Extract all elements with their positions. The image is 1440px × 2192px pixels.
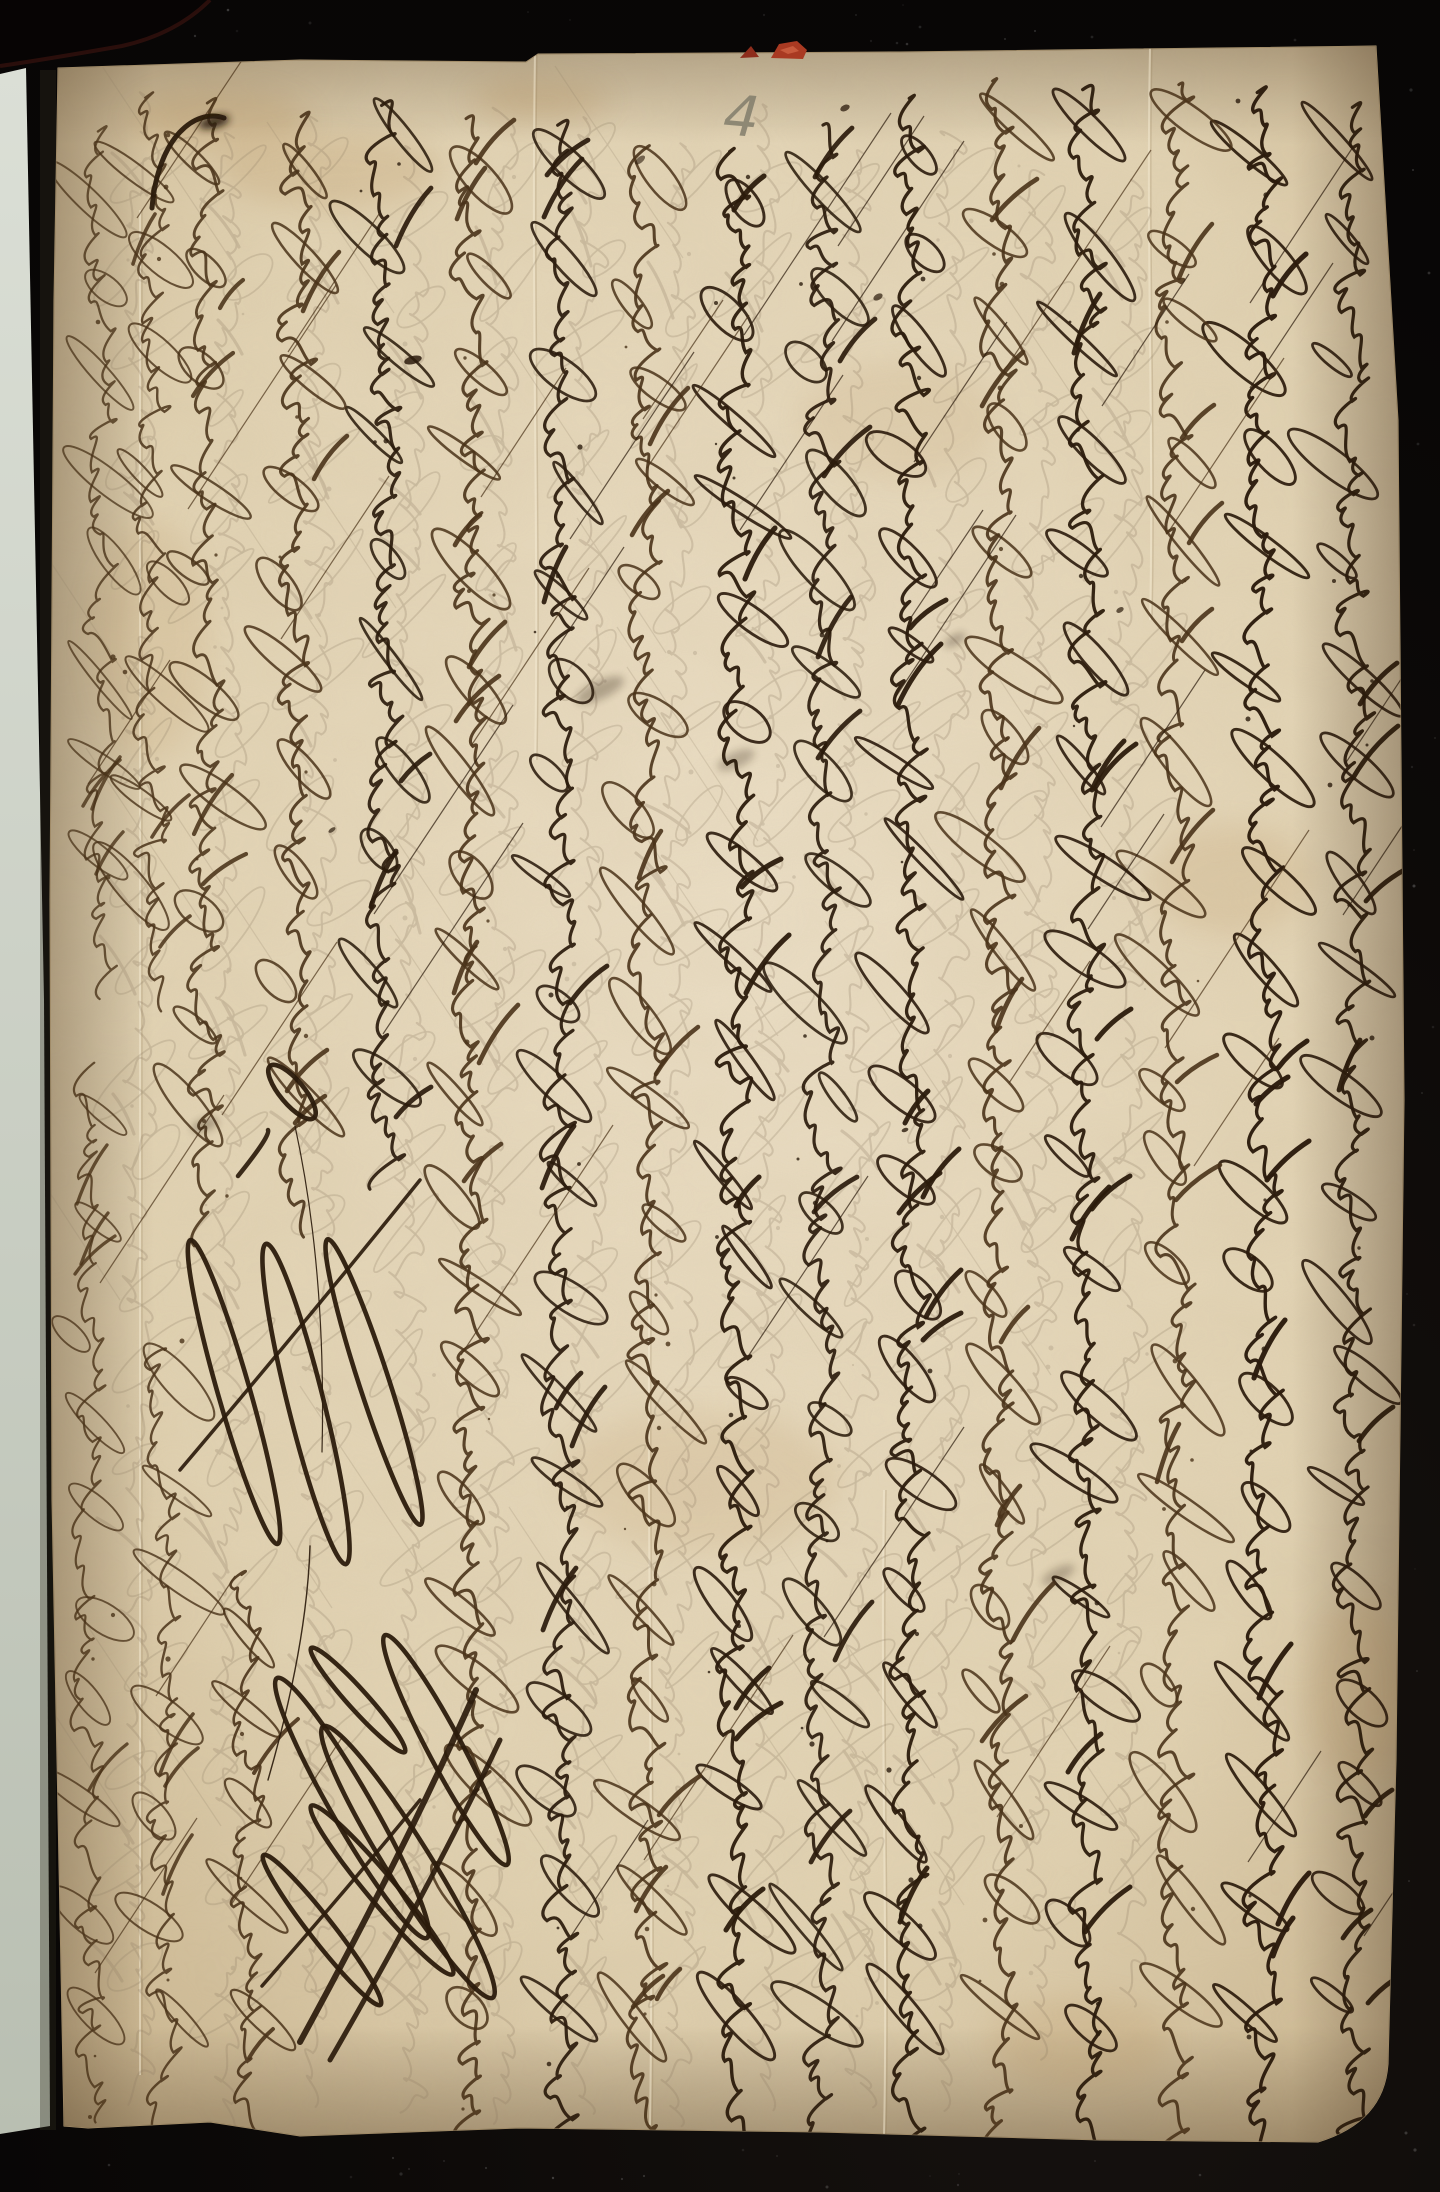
paper-mottle-texture — [40, 40, 1420, 2160]
manuscript-scan-stage: 4 — [0, 0, 1440, 2192]
folio-number: 4 — [721, 83, 762, 151]
manuscript-scan-image: 4 — [0, 0, 1440, 2192]
